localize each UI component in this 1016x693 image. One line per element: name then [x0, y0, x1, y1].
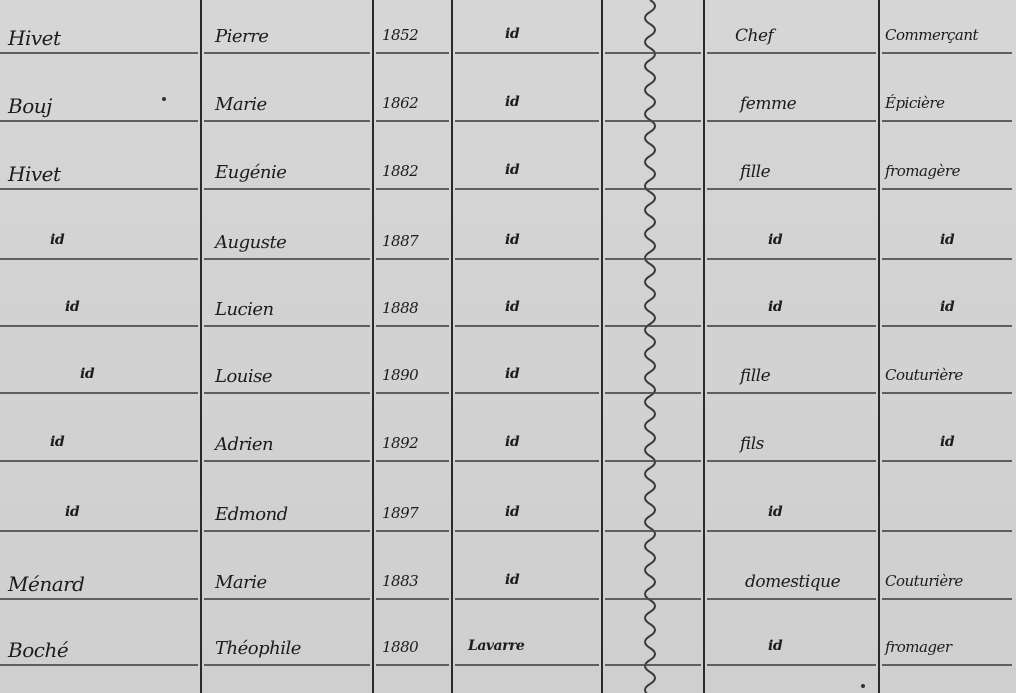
row-rule: [455, 188, 599, 190]
row-rule: [455, 664, 599, 666]
row-rule: [707, 664, 876, 666]
column-rule: [703, 0, 705, 693]
row-rule: [204, 598, 370, 600]
row-rule: [455, 460, 599, 462]
row-rule: [605, 392, 701, 394]
cell-occupation: id: [940, 299, 954, 315]
cell-birthplace: id: [505, 434, 519, 450]
row-rule: [707, 325, 876, 327]
cell-relation: domestique: [745, 572, 840, 592]
row-rule: [204, 460, 370, 462]
cell-birthplace: id: [505, 299, 519, 315]
row-rule: [882, 664, 1012, 666]
column-rule: [372, 0, 374, 693]
cell-birthplace: id: [505, 366, 519, 382]
row-rule: [605, 460, 701, 462]
cell-relation: fille: [740, 162, 770, 182]
cell-occupation: Couturière: [885, 572, 963, 590]
row-rule: [707, 530, 876, 532]
cell-given-name: Lucien: [215, 299, 274, 320]
row-rule: [605, 188, 701, 190]
row-rule: [376, 52, 449, 54]
row-rule: [0, 392, 198, 394]
cell-occupation: Épicière: [885, 94, 944, 112]
row-rule: [204, 188, 370, 190]
row-rule: [376, 392, 449, 394]
cell-given-name: Adrien: [215, 434, 273, 455]
cell-relation: Chef: [735, 26, 773, 46]
cell-relation: femme: [740, 94, 796, 114]
cell-birthplace: Lavarre: [468, 638, 524, 654]
row-rule: [0, 530, 198, 532]
cell-surname: id: [50, 434, 64, 450]
census-page: HivetPierre1852idChefCommerçantBoujMarie…: [0, 0, 1016, 693]
cell-birthplace: id: [505, 26, 519, 42]
row-rule: [0, 598, 198, 600]
cell-birth-year: 1890: [382, 366, 418, 384]
cell-birth-year: 1852: [382, 26, 418, 44]
row-rule: [204, 664, 370, 666]
row-rule: [455, 530, 599, 532]
cell-given-name: Eugénie: [215, 162, 286, 183]
row-rule: [376, 530, 449, 532]
cell-given-name: Théophile: [215, 638, 301, 659]
row-rule: [455, 120, 599, 122]
row-rule: [605, 258, 701, 260]
row-rule: [376, 188, 449, 190]
row-rule: [882, 392, 1012, 394]
cell-given-name: Louise: [215, 366, 272, 387]
row-rule: [204, 392, 370, 394]
cell-birthplace: id: [505, 232, 519, 248]
cell-birthplace: id: [505, 504, 519, 520]
row-rule: [605, 530, 701, 532]
cell-birth-year: 1862: [382, 94, 418, 112]
row-rule: [707, 188, 876, 190]
cell-occupation: id: [940, 232, 954, 248]
cell-occupation: id: [940, 434, 954, 450]
cell-birth-year: 1897: [382, 504, 418, 522]
row-rule: [882, 530, 1012, 532]
column-rule: [451, 0, 453, 693]
row-rule: [0, 460, 198, 462]
cell-surname: Ménard: [8, 572, 84, 596]
row-rule: [455, 392, 599, 394]
cell-surname: Bouj: [8, 94, 52, 118]
row-rule: [204, 258, 370, 260]
row-rule: [707, 460, 876, 462]
cell-birth-year: 1882: [382, 162, 418, 180]
cell-surname: Hivet: [8, 162, 61, 186]
cell-given-name: Marie: [215, 572, 267, 593]
row-rule: [376, 664, 449, 666]
cell-surname: id: [65, 504, 79, 520]
row-rule: [882, 188, 1012, 190]
row-rule: [0, 188, 198, 190]
row-rule: [882, 598, 1012, 600]
cell-given-name: Marie: [215, 94, 267, 115]
row-rule: [455, 258, 599, 260]
row-rule: [204, 120, 370, 122]
row-rule: [0, 120, 198, 122]
row-rule: [707, 598, 876, 600]
cell-birthplace: id: [505, 572, 519, 588]
cell-relation: fils: [740, 434, 764, 454]
row-rule: [707, 120, 876, 122]
cell-relation: id: [768, 232, 782, 248]
row-rule: [204, 52, 370, 54]
row-rule: [455, 52, 599, 54]
column-rule: [878, 0, 880, 693]
cell-birth-year: 1880: [382, 638, 418, 656]
cell-surname: id: [50, 232, 64, 248]
cell-occupation: Couturière: [885, 366, 963, 384]
row-rule: [605, 598, 701, 600]
column-rule: [200, 0, 202, 693]
wavy-strikethrough-line: [620, 0, 680, 693]
row-rule: [882, 325, 1012, 327]
cell-occupation: Commerçant: [885, 26, 978, 44]
cell-birth-year: 1887: [382, 232, 418, 250]
cell-birth-year: 1888: [382, 299, 418, 317]
cell-surname: id: [65, 299, 79, 315]
cell-given-name: Auguste: [215, 232, 286, 253]
cell-relation: id: [768, 504, 782, 520]
cell-given-name: Pierre: [215, 26, 268, 47]
cell-birthplace: id: [505, 162, 519, 178]
cell-birthplace: id: [505, 94, 519, 110]
cell-birth-year: 1883: [382, 572, 418, 590]
row-rule: [707, 258, 876, 260]
row-rule: [204, 325, 370, 327]
ink-speck: [861, 684, 865, 688]
row-rule: [0, 52, 198, 54]
column-rule: [601, 0, 603, 693]
row-rule: [455, 325, 599, 327]
row-rule: [707, 52, 876, 54]
row-rule: [882, 258, 1012, 260]
cell-surname: id: [80, 366, 94, 382]
row-rule: [0, 325, 198, 327]
row-rule: [707, 392, 876, 394]
row-rule: [376, 598, 449, 600]
row-rule: [455, 598, 599, 600]
row-rule: [605, 52, 701, 54]
ink-speck: [162, 97, 166, 101]
row-rule: [376, 120, 449, 122]
row-rule: [0, 664, 198, 666]
row-rule: [376, 460, 449, 462]
row-rule: [204, 530, 370, 532]
row-rule: [882, 52, 1012, 54]
row-rule: [605, 120, 701, 122]
cell-surname: Hivet: [8, 26, 61, 50]
cell-given-name: Edmond: [215, 504, 288, 525]
row-rule: [376, 258, 449, 260]
row-rule: [882, 120, 1012, 122]
cell-surname: Boché: [8, 638, 68, 662]
cell-relation: id: [768, 299, 782, 315]
row-rule: [605, 664, 701, 666]
row-rule: [0, 258, 198, 260]
cell-birth-year: 1892: [382, 434, 418, 452]
cell-occupation: fromagère: [885, 162, 960, 180]
cell-occupation: fromager: [885, 638, 952, 656]
row-rule: [376, 325, 449, 327]
row-rule: [605, 325, 701, 327]
cell-relation: id: [768, 638, 782, 654]
row-rule: [882, 460, 1012, 462]
cell-relation: fille: [740, 366, 770, 386]
